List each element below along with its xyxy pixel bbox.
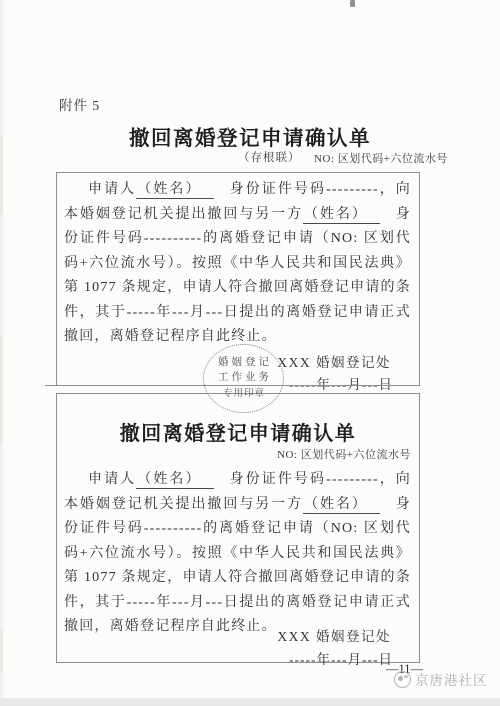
form-title-main: 撤回离婚登记申请确认单	[57, 417, 419, 446]
scan-speck	[350, 0, 355, 7]
watermark-text: 京唐港社区	[415, 669, 488, 689]
scan-bottom-strip	[0, 698, 500, 706]
applicant-name-blank: （姓名）	[136, 472, 213, 489]
marriage-registration-seal: 婚姻登记 工作业务 专用印章	[203, 344, 284, 413]
paragraph-rest: 身份证件号码----------的离婚登记申请（NO: 区划代码+六位流水号）。…	[64, 497, 411, 635]
scan-smudge	[0, 628, 3, 673]
registry-office-name-stub: XXX 婚姻登记处	[277, 351, 391, 371]
serial-number-label-main: NO: 区划代码+六位流水号	[277, 446, 411, 462]
applicant-name-blank: （姓名）	[136, 182, 213, 199]
copy-type-label: （存根联）	[238, 149, 301, 165]
scan-smudge	[0, 335, 2, 445]
applicant-paragraph-main: 申请人（姓名）身份证件号码---------，向本婚姻登记机关提出撤回与另一方（…	[64, 468, 411, 640]
registry-office-name-main: XXX 婚姻登记处	[277, 625, 391, 645]
attachment-number-label: 附件 5	[59, 94, 100, 114]
date-blank-line-stub: -----年---月---日	[289, 373, 393, 393]
seal-text-line-2: 工作业务	[215, 371, 272, 386]
seal-text-line-1: 婚姻登记	[215, 356, 272, 371]
date-blank-line-main: -----年---月---日	[289, 648, 393, 668]
community-watermark: 京唐港社区	[394, 669, 488, 689]
scanned-document-page: 附件 5 撤回离婚登记申请确认单 （存根联） NO: 区划代码+六位流水号 申请…	[0, 0, 500, 706]
serial-number-label-stub: NO: 区划代码+六位流水号	[314, 150, 448, 166]
other-party-name-blank: （姓名）	[303, 497, 380, 514]
form-title-stub: 撤回离婚登记申请确认单	[0, 121, 500, 151]
paragraph-rest: 身份证件号码----------的离婚登记申请（NO: 区划代码+六位流水号）。…	[64, 207, 411, 345]
paragraph-lead: 申请人	[88, 472, 136, 487]
paragraph-lead: 申请人	[88, 182, 136, 197]
applicant-paragraph-stub: 申请人（姓名）身份证件号码---------，向本婚姻登记机关提出撤回与另一方（…	[64, 178, 411, 350]
seal-text-line-3: 专用印章	[222, 387, 265, 402]
form-body-box-main: 撤回离婚登记申请确认单 NO: 区划代码+六位流水号 申请人（姓名）身份证件号码…	[56, 393, 420, 663]
community-logo-icon	[394, 671, 411, 688]
other-party-name-blank: （姓名）	[303, 207, 380, 224]
